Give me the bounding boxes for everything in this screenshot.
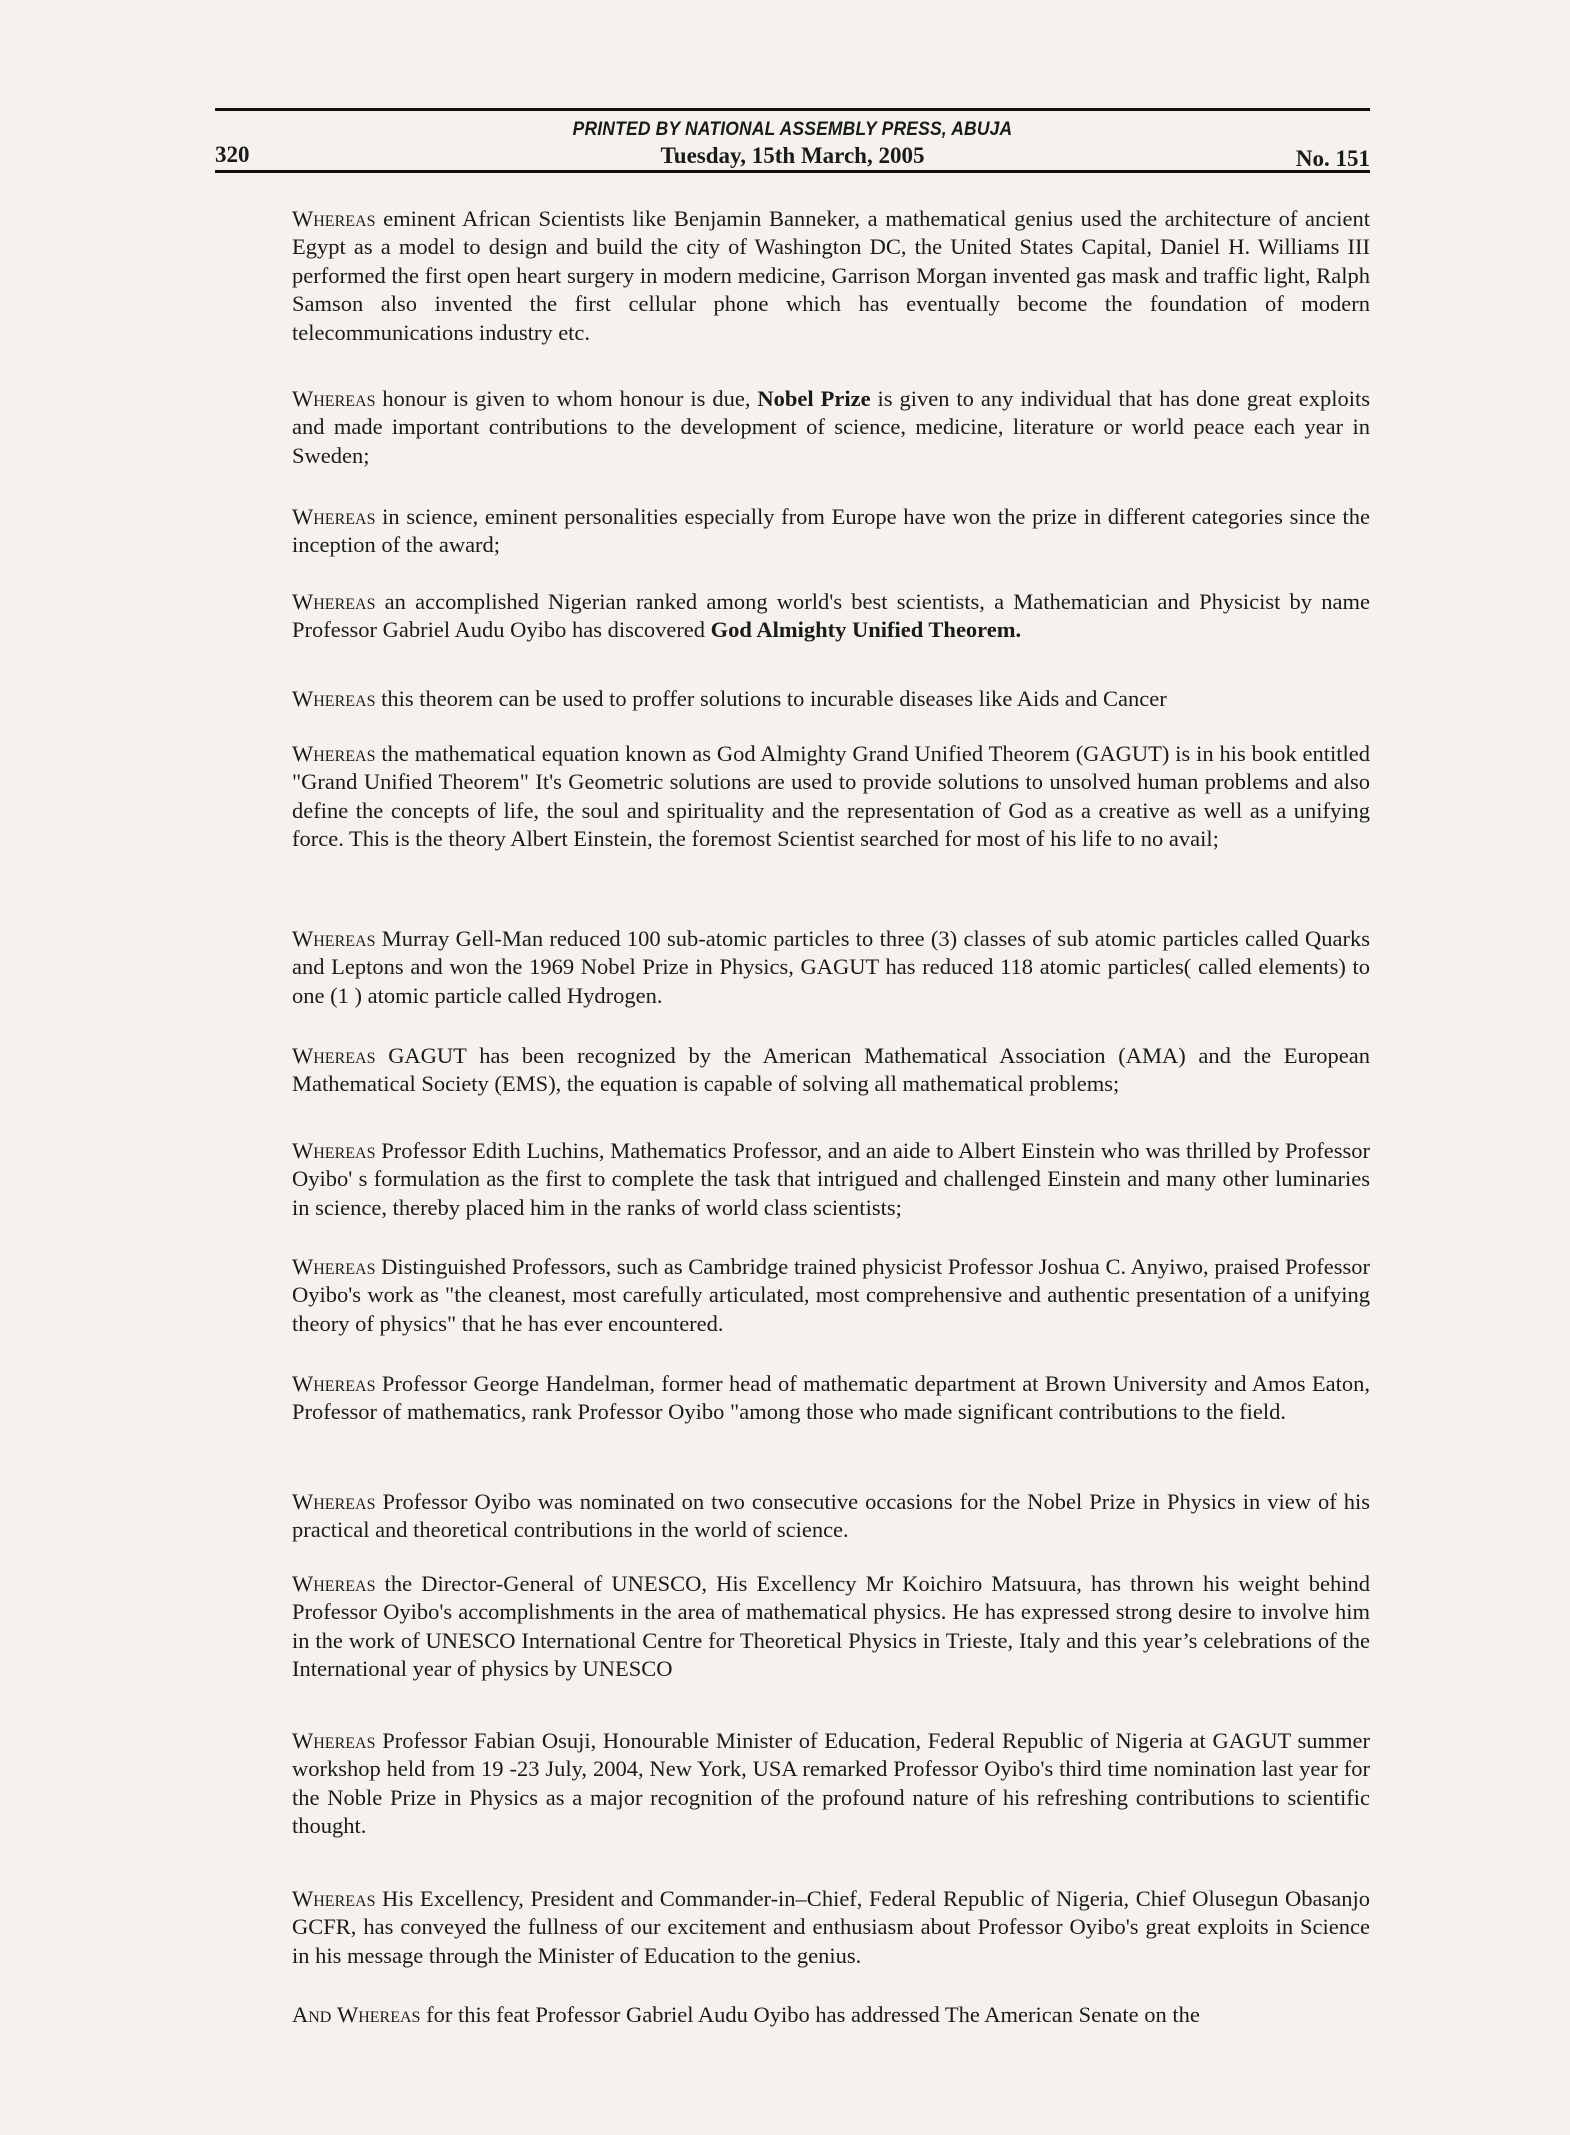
emphasis: God Almighty Unified Theorem. (711, 617, 1021, 642)
whereas-keyword: Whereas (292, 926, 375, 951)
whereas-clause: Whereas His Excellency, President and Co… (292, 1885, 1370, 1970)
whereas-keyword: Whereas (337, 2002, 420, 2027)
emphasis: Nobel Prize (757, 386, 870, 411)
whereas-keyword: Whereas (292, 1043, 375, 1068)
whereas-clause: Whereas the mathematical equation known … (292, 740, 1370, 854)
whereas-keyword: Whereas (292, 386, 375, 411)
whereas-clause: Whereas an accomplished Nigerian ranked … (292, 588, 1370, 645)
whereas-clause: Whereas Professor Edith Luchins, Mathema… (292, 1137, 1370, 1222)
whereas-clause: Whereas Professor Oyibo was nominated on… (292, 1488, 1370, 1545)
whereas-clause: Whereas this theorem can be used to prof… (292, 685, 1370, 713)
whereas-clause: Whereas eminent African Scientists like … (292, 205, 1370, 347)
whereas-clause: Whereas GAGUT has been recognized by the… (292, 1042, 1370, 1099)
whereas-keyword: Whereas (292, 1571, 375, 1596)
whereas-keyword: Whereas (292, 1489, 375, 1514)
whereas-clause: Whereas honour is given to whom honour i… (292, 385, 1370, 470)
whereas-keyword: Whereas (292, 1254, 375, 1279)
whereas-clause: Whereas Professor Fabian Osuji, Honourab… (292, 1727, 1370, 1841)
whereas-clause: Whereas Professor George Handelman, form… (292, 1370, 1370, 1427)
gazette-page: PRINTED BY NATIONAL ASSEMBLY PRESS, ABUJ… (0, 0, 1570, 2135)
whereas-keyword: Whereas (292, 1728, 375, 1753)
printer-line: PRINTED BY NATIONAL ASSEMBLY PRESS, ABUJ… (261, 119, 1324, 141)
whereas-keyword: Whereas (292, 686, 375, 711)
whereas-keyword: Whereas (292, 1371, 375, 1396)
issue-number: No. 151 (1296, 146, 1370, 172)
whereas-keyword: Whereas (292, 1138, 375, 1163)
header-rule-bottom (215, 170, 1370, 173)
whereas-keyword: Whereas (292, 206, 375, 231)
issue-date: Tuesday, 15th March, 2005 (215, 143, 1370, 169)
whereas-clause: Whereas Murray Gell-Man reduced 100 sub-… (292, 925, 1370, 1010)
whereas-clause: Whereas in science, eminent personalitie… (292, 503, 1370, 560)
whereas-keyword: Whereas (292, 589, 375, 614)
whereas-clause: Whereas Distinguished Professors, such a… (292, 1253, 1370, 1338)
whereas-keyword: Whereas (292, 504, 375, 529)
whereas-keyword: Whereas (292, 1886, 375, 1911)
header-rule-top (215, 108, 1370, 111)
whereas-keyword: Whereas (292, 741, 375, 766)
whereas-clause: Whereas the Director-General of UNESCO, … (292, 1570, 1370, 1684)
and-whereas-clause: And Whereas for this feat Professor Gabr… (292, 2001, 1370, 2029)
and-keyword: And (292, 2002, 331, 2027)
